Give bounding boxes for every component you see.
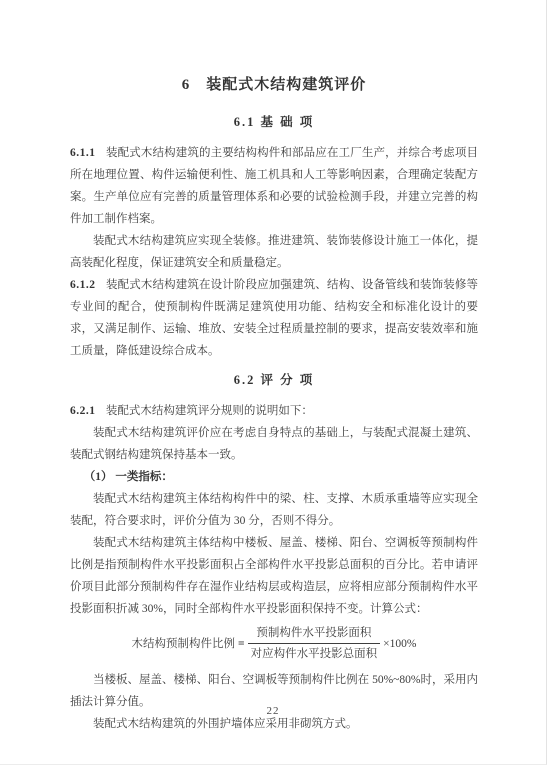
clause-number: 6.2.1 [70, 405, 96, 417]
formula-prefab-ratio: 木结构预制构件比例=预制构件水平投影面积对应构件水平投影总面积×100% [70, 625, 478, 662]
clause-6-1-2: 6.1.2装配式木结构建筑在设计阶段应加强建筑、结构、设备管线和装饰装修等专业间… [70, 274, 478, 362]
clause-number: 6.1.1 [70, 147, 96, 159]
subheading-type1-indicator: （1） 一类指标： [70, 466, 478, 488]
section-heading-6-1: 6.1 基 础 项 [70, 112, 478, 132]
paragraph: 装配式木结构建筑应实现全装修。推进建筑、装饰装修设计施工一体化，提高装配化程度，… [70, 230, 478, 274]
paragraph: 装配式木结构建筑主体结构中楼板、屋盖、楼梯、阳台、空调板等预制构件比例是指预制构… [70, 532, 478, 620]
formula-multiplier: ×100% [383, 636, 416, 652]
formula-denominator: 对应构件水平投影总面积 [248, 644, 381, 662]
formula-fraction: 预制构件水平投影面积对应构件水平投影总面积 [248, 625, 381, 662]
paragraph: 装配式木结构建筑主体结构构件中的梁、柱、支撑、木质承重墙等应实现全装配，符合要求… [70, 488, 478, 532]
clause-number: 6.1.2 [70, 279, 96, 291]
clause-6-2-1: 6.2.1装配式木结构建筑评分规则的说明如下： [70, 400, 478, 422]
formula-lhs: 木结构预制构件比例 [132, 636, 236, 652]
clause-6-1-1: 6.1.1装配式木结构建筑的主要结构构件和部品应在工厂生产，并综合考虑项目所在地… [70, 142, 478, 230]
clause-text: 装配式木结构建筑的主要结构构件和部品应在工厂生产，并综合考虑项目所在地理位置、构… [70, 147, 478, 225]
page-content: 6 装配式木结构建筑评价 6.1 基 础 项 6.1.1装配式木结构建筑的主要结… [70, 74, 478, 735]
clause-text: 装配式木结构建筑在设计阶段应加强建筑、结构、设备管线和装饰装修等专业间的配合，使… [70, 279, 478, 357]
clause-text: 装配式木结构建筑评分规则的说明如下： [106, 405, 313, 417]
section-heading-6-2: 6.2 评 分 项 [70, 370, 478, 390]
page-number: 22 [0, 705, 546, 717]
formula-equals-sign: = [238, 636, 245, 652]
paragraph: 装配式木结构建筑评价应在考虑自身特点的基础上，与装配式混凝土建筑、装配式钢结构建… [70, 422, 478, 466]
document-page: 6 装配式木结构建筑评价 6.1 基 础 项 6.1.1装配式木结构建筑的主要结… [0, 0, 547, 765]
chapter-title: 6 装配式木结构建筑评价 [70, 74, 478, 96]
formula-numerator: 预制构件水平投影面积 [248, 625, 381, 644]
